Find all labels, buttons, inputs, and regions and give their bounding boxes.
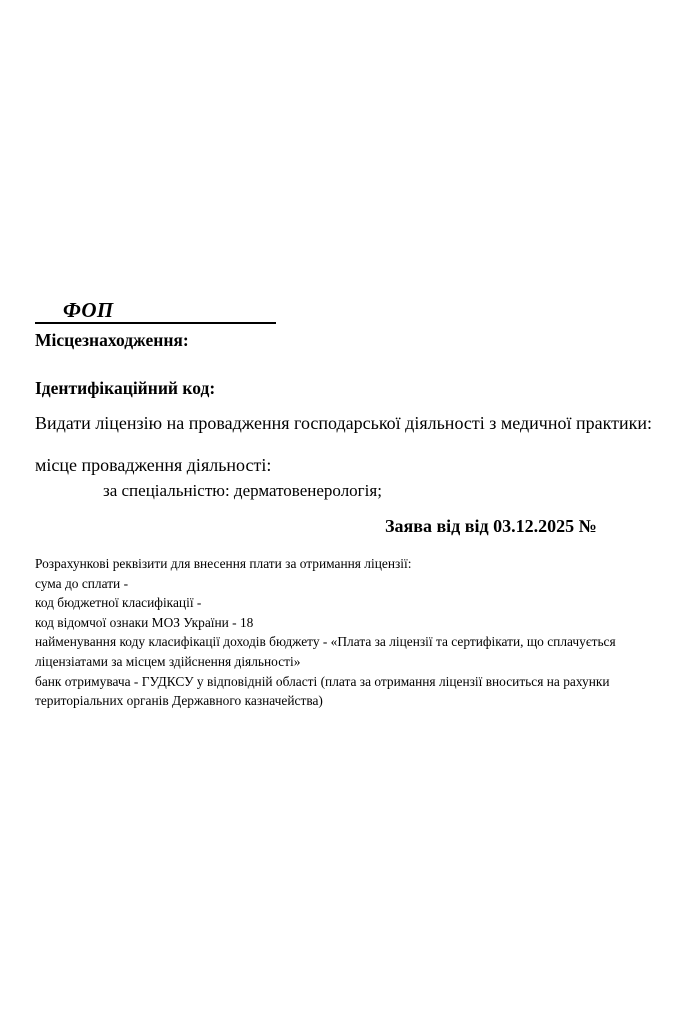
entity-type: ФОП [63,298,114,323]
recipient-bank-line: банк отримувача - ГУДКСУ у відповідній о… [35,672,665,711]
payment-amount-line: сума до сплати - [35,574,665,594]
payment-details-title: Розрахункові реквізити для внесення плат… [35,554,665,574]
application-date-number: Заява від від 03.12.2025 № [385,516,597,537]
place-of-activity-label: місце провадження діяльності: [35,455,271,476]
budget-classification-code-line: код бюджетної класифікації - [35,593,665,613]
specialty-text: за спеціальністю: дерматовенерологія; [103,481,382,501]
payment-details-block: Розрахункові реквізити для внесення плат… [35,554,665,711]
income-classification-name-line: найменування коду класифікації доходів б… [35,632,665,671]
departmental-code-line: код відомчої ознаки МОЗ України - 18 [35,613,665,633]
issue-license-text: Видати ліцензію на провадження господарс… [35,413,652,434]
location-label: Місцезнаходження: [35,330,189,351]
id-code-label: Ідентифікаційний код: [35,378,215,399]
